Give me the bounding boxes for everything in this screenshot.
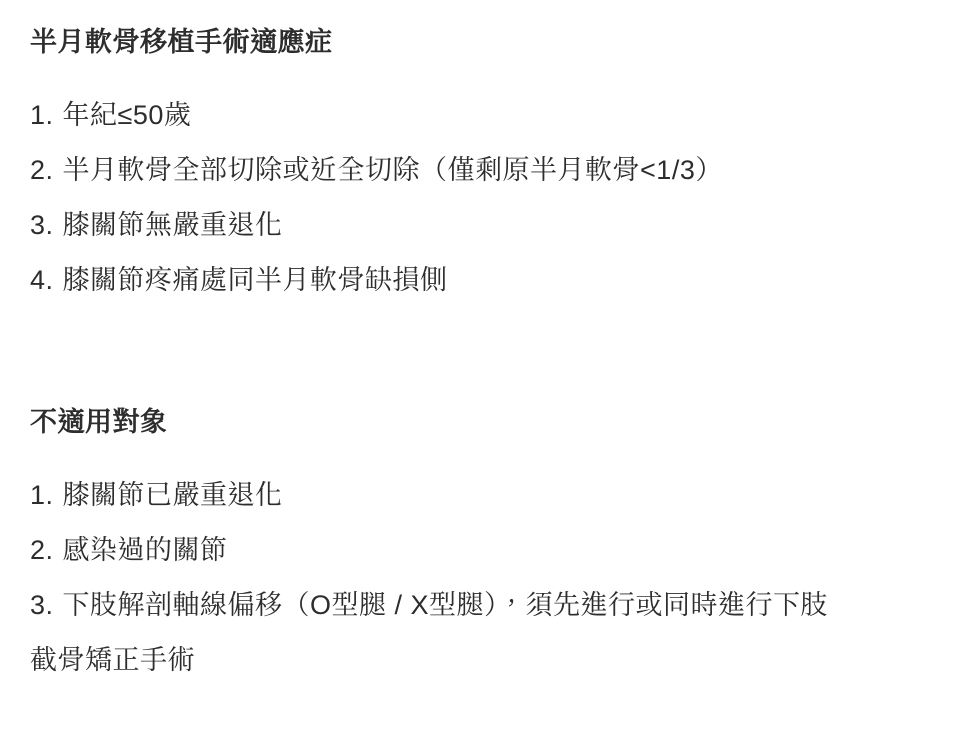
item-text: 年紀≤50歲 xyxy=(63,100,192,130)
exclusions-section-title: 不適用對象 xyxy=(30,406,930,438)
item-number: 1. xyxy=(30,100,54,130)
section-indications: 半月軟骨移植手術適應症 1.年紀≤50歲 2.半月軟骨全部切除或近全切除（僅剩原… xyxy=(30,26,930,308)
item-number: 2. xyxy=(30,155,54,185)
list-item: 2.感染過的關節 xyxy=(30,523,830,578)
list-item: 4.膝關節疼痛處同半月軟骨缺損側 xyxy=(30,253,830,308)
item-text: 膝關節已嚴重退化 xyxy=(63,480,283,510)
section-exclusions: 不適用對象 1.膝關節已嚴重退化 2.感染過的關節 3.下肢解剖軸線偏移（O型腿… xyxy=(30,406,930,688)
exclusions-list: 1.膝關節已嚴重退化 2.感染過的關節 3.下肢解剖軸線偏移（O型腿 / X型腿… xyxy=(30,468,830,688)
item-text: 半月軟骨全部切除或近全切除（僅剩原半月軟骨<1/3） xyxy=(63,155,723,185)
item-number: 4. xyxy=(30,265,54,295)
list-item: 3.下肢解剖軸線偏移（O型腿 / X型腿），須先進行或同時進行下肢截骨矯正手術 xyxy=(30,578,830,688)
item-number: 3. xyxy=(30,210,54,240)
item-text: 感染過的關節 xyxy=(63,535,228,565)
item-text: 膝關節無嚴重退化 xyxy=(63,210,283,240)
item-number: 3. xyxy=(30,590,54,620)
list-item: 1.年紀≤50歲 xyxy=(30,88,830,143)
list-item: 3.膝關節無嚴重退化 xyxy=(30,198,830,253)
list-item: 1.膝關節已嚴重退化 xyxy=(30,468,830,523)
item-text: 膝關節疼痛處同半月軟骨缺損側 xyxy=(63,265,448,295)
list-item: 2.半月軟骨全部切除或近全切除（僅剩原半月軟骨<1/3） xyxy=(30,143,830,198)
item-text: 下肢解剖軸線偏移（O型腿 / X型腿），須先進行或同時進行下肢截骨矯正手術 xyxy=(30,590,828,675)
document-page: 半月軟骨移植手術適應症 1.年紀≤50歲 2.半月軟骨全部切除或近全切除（僅剩原… xyxy=(0,0,960,688)
item-number: 1. xyxy=(30,480,54,510)
item-number: 2. xyxy=(30,535,54,565)
indications-list: 1.年紀≤50歲 2.半月軟骨全部切除或近全切除（僅剩原半月軟骨<1/3） 3.… xyxy=(30,88,830,308)
indications-section-title: 半月軟骨移植手術適應症 xyxy=(30,26,930,58)
